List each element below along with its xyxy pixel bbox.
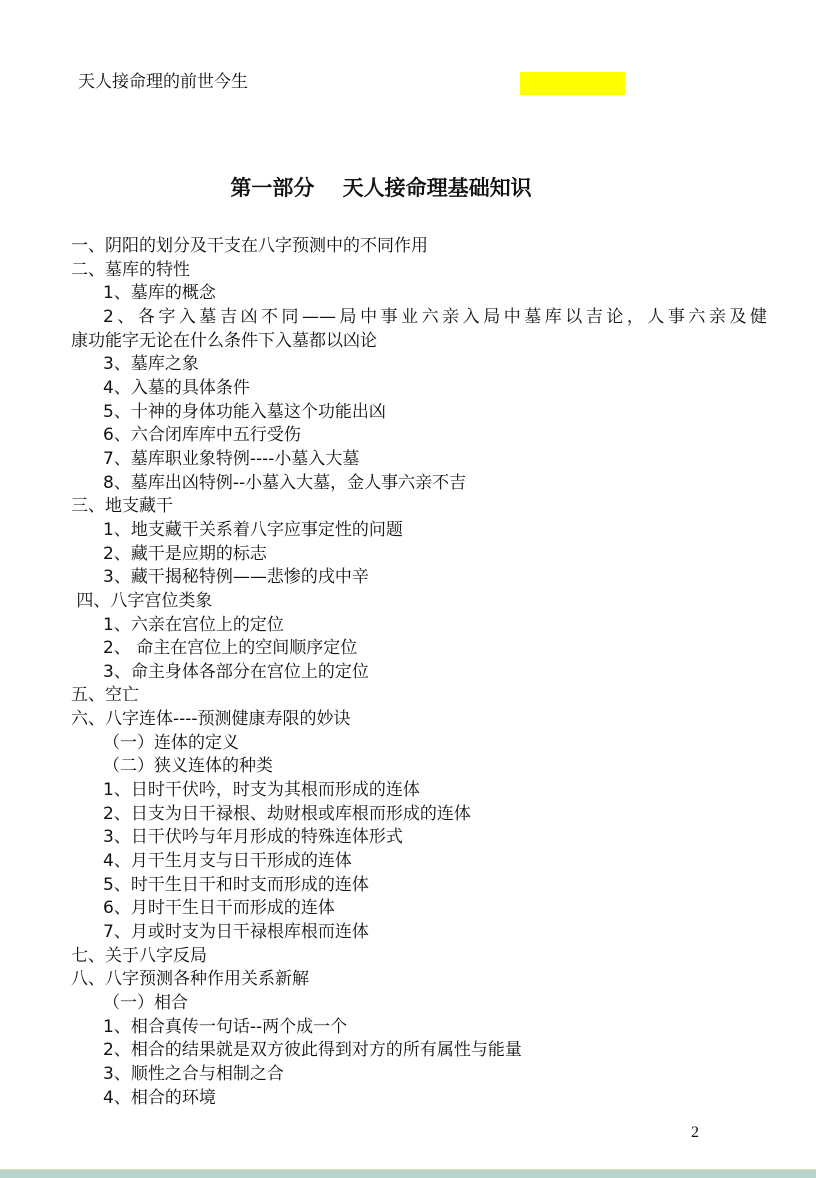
toc-item: 2、 命主在宫位上的空间顺序定位 <box>71 637 781 661</box>
toc-item: 4、入墓的具体条件 <box>71 377 781 401</box>
toc-item: 1、地支藏干关系着八字应事定性的问题 <box>71 519 781 543</box>
toc-item: 八、八字预测各种作用关系新解 <box>71 968 781 992</box>
document-page: 天人接命理的前世今生 第一部分 天人接命理基础知识 一、阴阳的划分及干支在八字预… <box>0 0 816 1178</box>
page-number: 2 <box>691 1124 699 1142</box>
toc-item: 康功能字无论在什么条件下入墓都以凶论 <box>71 330 781 354</box>
toc-item: 6、六合闭库库中五行受伤 <box>71 424 781 448</box>
toc-item: （一）连体的定义 <box>71 732 781 756</box>
header-highlight-block <box>520 72 625 95</box>
toc-item: 5、时干生日干和时支而形成的连体 <box>71 874 781 898</box>
toc-item: 8、墓库出凶特例--小墓入大墓，金人事六亲不吉 <box>71 472 781 496</box>
toc-item: 6、月时干生日干而形成的连体 <box>71 897 781 921</box>
toc-item: 3、日干伏吟与年月形成的特殊连体形式 <box>71 826 781 850</box>
toc-item: 六、八字连体----预测健康寿限的妙诀 <box>71 708 781 732</box>
toc-item: 2、相合的结果就是双方彼此得到对方的所有属性与能量 <box>71 1039 781 1063</box>
toc-item: 三、地支藏干 <box>71 495 781 519</box>
toc-item: 5、十神的身体功能入墓这个功能出凶 <box>71 401 781 425</box>
toc-item: 一、阴阳的划分及干支在八字预测中的不同作用 <box>71 235 781 259</box>
toc-item: （二）狭义连体的种类 <box>71 755 781 779</box>
toc-item: 3、墓库之象 <box>71 353 781 377</box>
toc-item: 2、各字入墓吉凶不同——局中事业六亲入局中墓库以吉论，人事六亲及健 <box>71 306 767 330</box>
section-title: 第一部分 天人接命理基础知识 <box>0 172 762 202</box>
toc-item: 五、空亡 <box>71 684 781 708</box>
toc-item: 3、顺性之合与相制之合 <box>71 1063 781 1087</box>
toc-item: 2、日支为日干禄根、劫财根或库根而形成的连体 <box>71 803 781 827</box>
toc-item: 4、月干生月支与日干形成的连体 <box>71 850 781 874</box>
toc-item: 1、日时干伏吟，时支为其根而形成的连体 <box>71 779 781 803</box>
toc-item: （一）相合 <box>71 992 781 1016</box>
toc-item: 1、相合真传一句话--两个成一个 <box>71 1016 781 1040</box>
toc-item: 2、藏干是应期的标志 <box>71 543 781 567</box>
toc-item: 3、命主身体各部分在宫位上的定位 <box>71 661 781 685</box>
toc-item: 7、月或时支为日干禄根库根而连体 <box>71 921 781 945</box>
toc-item: 1、六亲在宫位上的定位 <box>71 614 781 638</box>
toc-item: 4、相合的环境 <box>71 1087 781 1111</box>
footer-band <box>0 1169 816 1178</box>
toc-item: 四、八字宫位类象 <box>71 590 781 614</box>
toc-item: 7、墓库职业象特例----小墓入大墓 <box>71 448 781 472</box>
toc-list: 一、阴阳的划分及干支在八字预测中的不同作用二、墓库的特性1、墓库的概念2、各字入… <box>71 235 781 1110</box>
toc-item: 七、关于八字反局 <box>71 945 781 969</box>
toc-item: 3、藏干揭秘特例——悲惨的戌中辛 <box>71 566 781 590</box>
toc-item: 二、墓库的特性 <box>71 259 781 283</box>
header-title: 天人接命理的前世今生 <box>78 67 248 92</box>
toc-item: 1、墓库的概念 <box>71 282 781 306</box>
